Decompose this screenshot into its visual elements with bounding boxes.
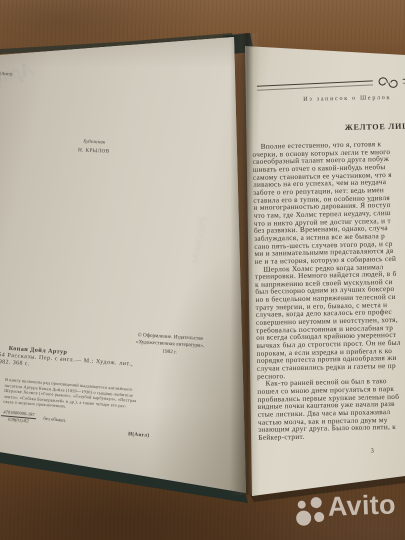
right-page-content: Из записок о Шерлок ЖЕЛТОЕ ЛИЦО Вполне е… <box>246 36 405 509</box>
artist-credit: Художник Н. КРЫЛОВ <box>70 139 119 155</box>
avito-logo-dot-icon <box>310 497 321 508</box>
avito-logo-dot-icon <box>296 510 312 526</box>
left-page <box>0 30 248 500</box>
artist-label: Художник <box>70 139 118 146</box>
running-head: Из записок о Шерлок <box>303 95 391 103</box>
catalog-corner-code: 4 (Англ) 54 <box>0 70 13 82</box>
story-body: Вполне естественно, что я, готовя кочерк… <box>252 140 403 442</box>
avito-watermark: Avito <box>293 488 404 536</box>
scroll-ornament-icon <box>375 75 403 95</box>
photo-of-open-book: Артур Конан Дойл Рассказы 4 (Англ) 54 Ху… <box>0 0 405 540</box>
avito-watermark-text: Avito <box>327 489 396 522</box>
avito-logo-dot-icon <box>314 512 324 522</box>
header-rule-left <box>257 80 373 90</box>
avito-logo-dot-icon <box>298 501 306 509</box>
page-number: 3 <box>371 447 374 454</box>
body-line: Бейкер-стрит. <box>258 431 403 442</box>
story-title: ЖЕЛТОЕ ЛИЦО <box>345 121 405 131</box>
header-rule <box>257 74 405 96</box>
catalog-note: без объявл. <box>43 417 66 424</box>
